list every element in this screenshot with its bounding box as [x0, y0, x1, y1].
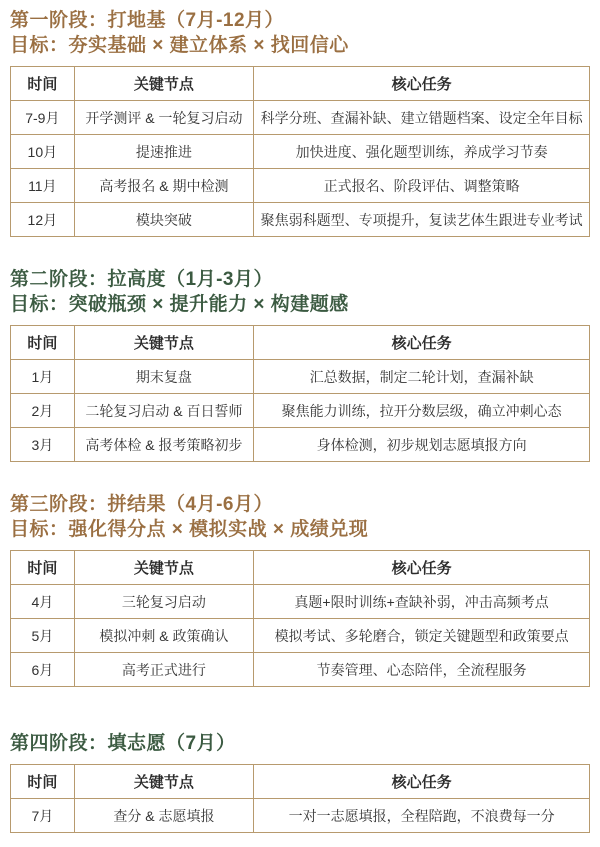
table-row: 5月模拟冲刺 & 政策确认模拟考试、多轮磨合，锁定关键题型和政策要点 [11, 619, 590, 653]
task-cell: 正式报名、阶段评估、调整策略 [254, 169, 590, 203]
task-cell: 一对一志愿填报，全程陪跑，不浪费每一分 [254, 799, 590, 833]
stage-section: 第一阶段：打地基（7月-12月） 目标：夯实基础 × 建立体系 × 找回信心 时… [10, 8, 590, 237]
node-cell: 开学测评 & 一轮复习启动 [74, 101, 253, 135]
section-title: 第三阶段：拼结果（4月-6月） [10, 492, 590, 517]
section-title: 第四阶段：填志愿（7月） [10, 731, 590, 756]
stage-table: 时间关键节点核心任务 4月三轮复习启动真题+限时训练+查缺补弱，冲击高频考点5月… [10, 550, 590, 687]
column-header: 关键节点 [74, 67, 253, 101]
node-cell: 三轮复习启动 [74, 585, 253, 619]
node-cell: 期末复盘 [74, 360, 253, 394]
time-cell: 7-9月 [11, 101, 75, 135]
column-header: 时间 [11, 551, 75, 585]
node-cell: 二轮复习启动 & 百日誓师 [74, 394, 253, 428]
time-cell: 10月 [11, 135, 75, 169]
table-row: 10月提速推进加快进度、强化题型训练，养成学习节奏 [11, 135, 590, 169]
column-header: 时间 [11, 67, 75, 101]
table-body: 7-9月开学测评 & 一轮复习启动科学分班、查漏补缺、建立错题档案、设定全年目标… [11, 101, 590, 237]
task-cell: 聚焦弱科题型、专项提升，复读艺体生跟进专业考试 [254, 203, 590, 237]
table-body: 7月查分 & 志愿填报一对一志愿填报，全程陪跑，不浪费每一分 [11, 799, 590, 833]
column-header: 核心任务 [254, 67, 590, 101]
section-goal: 目标：突破瓶颈 × 提升能力 × 构建题感 [10, 292, 590, 317]
section-title: 第二阶段：拉高度（1月-3月） [10, 267, 590, 292]
task-cell: 模拟考试、多轮磨合，锁定关键题型和政策要点 [254, 619, 590, 653]
task-cell: 加快进度、强化题型训练，养成学习节奏 [254, 135, 590, 169]
time-cell: 12月 [11, 203, 75, 237]
column-header: 核心任务 [254, 551, 590, 585]
time-cell: 4月 [11, 585, 75, 619]
time-cell: 3月 [11, 428, 75, 462]
column-header: 关键节点 [74, 765, 253, 799]
column-header: 核心任务 [254, 326, 590, 360]
stage-table: 时间关键节点核心任务 7月查分 & 志愿填报一对一志愿填报，全程陪跑，不浪费每一… [10, 764, 590, 833]
node-cell: 高考体检 & 报考策略初步 [74, 428, 253, 462]
table-body: 1月期末复盘汇总数据，制定二轮计划，查漏补缺2月二轮复习启动 & 百日誓师聚焦能… [11, 360, 590, 462]
task-cell: 聚焦能力训练，拉开分数层级，确立冲刺心态 [254, 394, 590, 428]
column-header: 时间 [11, 326, 75, 360]
table-body: 4月三轮复习启动真题+限时训练+查缺补弱，冲击高频考点5月模拟冲刺 & 政策确认… [11, 585, 590, 687]
stage-section: 第二阶段：拉高度（1月-3月） 目标：突破瓶颈 × 提升能力 × 构建题感 时间… [10, 267, 590, 462]
table-row: 12月模块突破聚焦弱科题型、专项提升，复读艺体生跟进专业考试 [11, 203, 590, 237]
task-cell: 节奏管理、心态陪伴，全流程服务 [254, 653, 590, 687]
node-cell: 模块突破 [74, 203, 253, 237]
stage-section: 第四阶段：填志愿（7月） 时间关键节点核心任务 7月查分 & 志愿填报一对一志愿… [10, 731, 590, 833]
header-row: 时间关键节点核心任务 [11, 765, 590, 799]
section-goal: 目标：夯实基础 × 建立体系 × 找回信心 [10, 33, 590, 58]
header-row: 时间关键节点核心任务 [11, 326, 590, 360]
time-cell: 11月 [11, 169, 75, 203]
stage-table: 时间关键节点核心任务 1月期末复盘汇总数据，制定二轮计划，查漏补缺2月二轮复习启… [10, 325, 590, 462]
table-row: 2月二轮复习启动 & 百日誓师聚焦能力训练，拉开分数层级，确立冲刺心态 [11, 394, 590, 428]
time-cell: 5月 [11, 619, 75, 653]
table-row: 3月高考体检 & 报考策略初步身体检测，初步规划志愿填报方向 [11, 428, 590, 462]
table-row: 6月高考正式进行节奏管理、心态陪伴，全流程服务 [11, 653, 590, 687]
time-cell: 7月 [11, 799, 75, 833]
time-cell: 2月 [11, 394, 75, 428]
node-cell: 提速推进 [74, 135, 253, 169]
table-row: 7月查分 & 志愿填报一对一志愿填报，全程陪跑，不浪费每一分 [11, 799, 590, 833]
stage-table: 时间关键节点核心任务 7-9月开学测评 & 一轮复习启动科学分班、查漏补缺、建立… [10, 66, 590, 237]
column-header: 关键节点 [74, 551, 253, 585]
table-row: 7-9月开学测评 & 一轮复习启动科学分班、查漏补缺、建立错题档案、设定全年目标 [11, 101, 590, 135]
section-goal: 目标：强化得分点 × 模拟实战 × 成绩兑现 [10, 517, 590, 542]
column-header: 核心任务 [254, 765, 590, 799]
task-cell: 科学分班、查漏补缺、建立错题档案、设定全年目标 [254, 101, 590, 135]
stage-section: 第三阶段：拼结果（4月-6月） 目标：强化得分点 × 模拟实战 × 成绩兑现 时… [10, 492, 590, 687]
node-cell: 查分 & 志愿填报 [74, 799, 253, 833]
node-cell: 高考正式进行 [74, 653, 253, 687]
column-header: 关键节点 [74, 326, 253, 360]
study-plan-page: 第一阶段：打地基（7月-12月） 目标：夯实基础 × 建立体系 × 找回信心 时… [0, 0, 600, 847]
column-header: 时间 [11, 765, 75, 799]
node-cell: 模拟冲刺 & 政策确认 [74, 619, 253, 653]
node-cell: 高考报名 & 期中检测 [74, 169, 253, 203]
task-cell: 真题+限时训练+查缺补弱，冲击高频考点 [254, 585, 590, 619]
header-row: 时间关键节点核心任务 [11, 67, 590, 101]
section-title: 第一阶段：打地基（7月-12月） [10, 8, 590, 33]
task-cell: 身体检测，初步规划志愿填报方向 [254, 428, 590, 462]
time-cell: 6月 [11, 653, 75, 687]
time-cell: 1月 [11, 360, 75, 394]
table-row: 4月三轮复习启动真题+限时训练+查缺补弱，冲击高频考点 [11, 585, 590, 619]
task-cell: 汇总数据，制定二轮计划，查漏补缺 [254, 360, 590, 394]
table-row: 1月期末复盘汇总数据，制定二轮计划，查漏补缺 [11, 360, 590, 394]
table-row: 11月高考报名 & 期中检测正式报名、阶段评估、调整策略 [11, 169, 590, 203]
header-row: 时间关键节点核心任务 [11, 551, 590, 585]
